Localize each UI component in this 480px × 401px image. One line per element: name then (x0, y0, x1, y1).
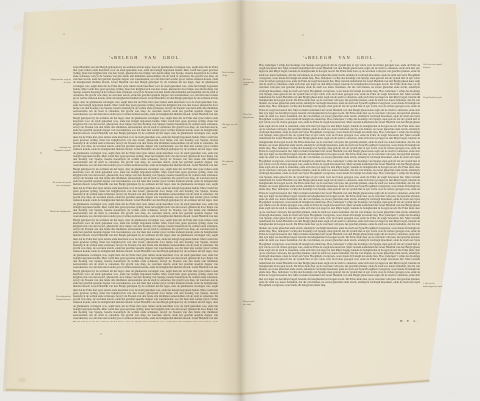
margin-note: Hooge noodt der stadt. (243, 301, 257, 306)
foxing-spot (18, 378, 26, 382)
body-text-right: Hoe, beholpen 't schip des Konings van S… (259, 64, 420, 318)
margin-note: De Prins verleght den wegh. (243, 79, 257, 87)
margin-note: Graef Hendrik wyckt. (423, 97, 443, 100)
photo-backdrop: 'sBELEGH VAN GROL. Graef Hendrik van den… (0, 0, 480, 401)
margin-note: Het leger voor de stadt. (222, 124, 238, 129)
margin-note: Slagh aan den wegh by de stadt. (50, 79, 71, 84)
photo-notation: ····· (234, 395, 244, 399)
signature-mark: B E L. (340, 319, 420, 323)
margin-note: De veldtoght der Staaten beraemt. (50, 296, 71, 301)
margin-note: Uitval der belegherden. (243, 114, 257, 119)
margin-note: Grol door den vyandt benauwt. (423, 64, 443, 69)
margin-note: De wacht met spoedt van wal getogen. (50, 182, 71, 187)
foxing-spot (63, 33, 65, 35)
foxing-spot (160, 28, 162, 30)
margin-note: De schansen bezet. (222, 161, 238, 166)
margin-note: Moedt der belegherden. (50, 211, 71, 214)
running-title-right: 'sBELEGH VAN GROL. (259, 55, 420, 63)
margin-note: Aanslagh van Hopedam verydelt. (50, 147, 71, 152)
margin-note: Tocht van den Graef. (222, 72, 238, 77)
body-text-left: Graef Hendrik van den Bergh geholpen by … (73, 66, 218, 322)
foxing-spot (302, 34, 304, 36)
foxing-spot (40, 152, 42, 154)
running-title-left: 'sBELEGH VAN GROL. (73, 55, 218, 63)
photo-notation: ····· (448, 392, 458, 396)
foxing-spot (100, 333, 102, 335)
gutter-shadow (218, 0, 264, 401)
margin-note: 1. Zie van de bekomingen der stadt. (423, 283, 443, 288)
